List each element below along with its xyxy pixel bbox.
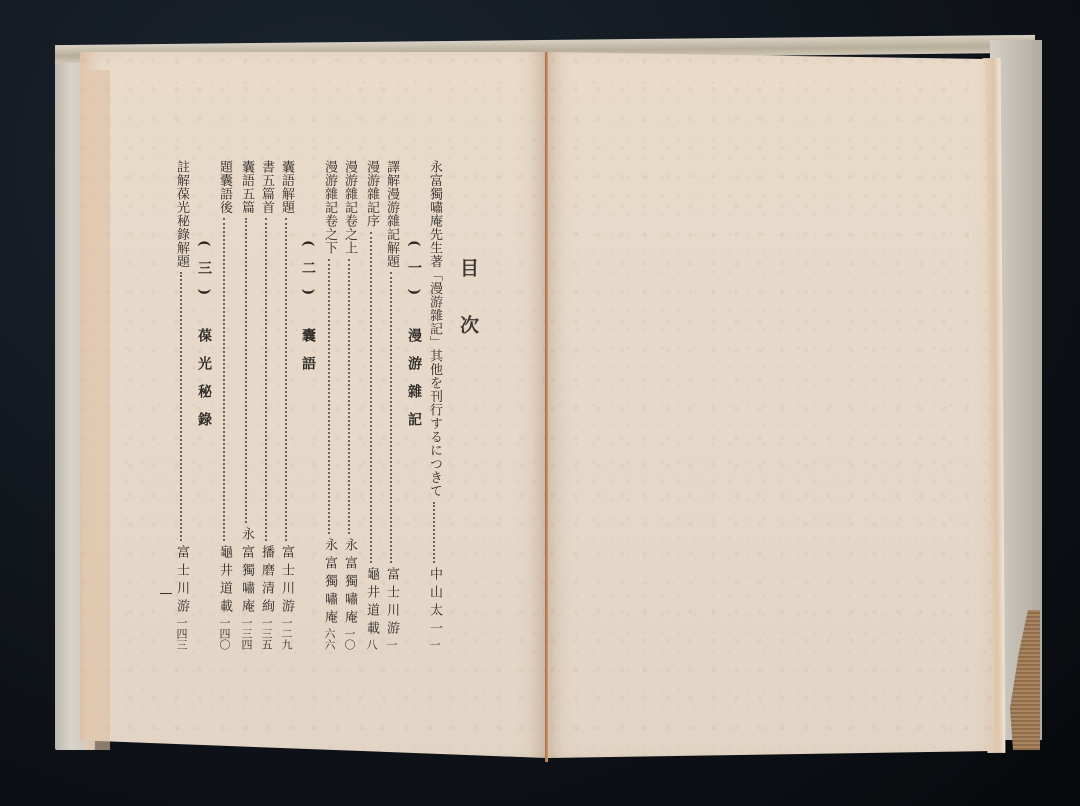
entry-page: 一四三 <box>172 617 190 650</box>
toc-entry: 題囊語後 龜井道載 一四〇 <box>215 160 233 650</box>
toc-entry: 註解葆光秘錄解題 富士川游 一四三 <box>172 160 190 650</box>
section-heading: (二) 囊語 <box>298 240 318 384</box>
entry-author: 永富獨嘯庵 <box>340 538 358 628</box>
entry-page: 六六 <box>320 628 338 650</box>
entry-page: 一四〇 <box>215 617 233 650</box>
entry-author: 龜井道載 <box>362 567 380 639</box>
entry-title: 註解葆光秘錄解題 <box>172 160 190 268</box>
entry-title: 囊語五篇 <box>237 160 255 214</box>
right-page-blank <box>548 52 994 758</box>
dot-leader <box>370 232 372 564</box>
entry-page: 一 <box>425 639 443 650</box>
entry-page: 一二九 <box>277 617 295 650</box>
toc-entry: 囊語解題 富士川游 一二九 <box>277 160 295 650</box>
dot-leader <box>265 218 267 541</box>
table-of-contents: 永富獨嘯庵先生著「漫游雜記」其他を刊行するにつきて 中山太一 一 (一) 漫游雜… <box>150 160 460 660</box>
entry-title: 漫游雜記卷之上 <box>340 160 358 255</box>
dot-leader <box>390 272 392 563</box>
entry-author: 富士川游 <box>382 567 400 639</box>
entry-title: 題囊語後 <box>215 160 233 214</box>
dot-leader <box>348 259 350 535</box>
entry-author: 富士川游 <box>172 545 190 617</box>
entry-page: 一三五 <box>257 617 275 650</box>
entry-title: 永富獨嘯庵先生著「漫游雜記」其他を刊行するにつきて <box>425 160 443 498</box>
entry-title: 譯解漫游雜記解題 <box>382 160 400 268</box>
entry-author: 永富獨嘯庵 <box>237 527 255 617</box>
dot-leader <box>433 502 435 564</box>
dot-leader <box>285 218 287 541</box>
entry-author: 龜井道載 <box>215 545 233 617</box>
dot-leader <box>328 259 330 535</box>
entry-page: 一 <box>382 639 400 650</box>
toc-entry: 漫游雜記序 龜井道載 八 <box>362 160 380 650</box>
toc-entry: 漫游雜記卷之下 永富獨嘯庵 六六 <box>320 160 338 650</box>
toc-entry: 囊語五篇 永富獨嘯庵 一三四 <box>237 160 255 650</box>
section-heading: (一) 漫游雜記 <box>404 240 424 440</box>
entry-author: 永富獨嘯庵 <box>320 538 338 628</box>
section-heading: (三) 葆光秘錄 <box>194 240 214 440</box>
dot-leader <box>245 218 247 523</box>
entry-title: 漫游雜記序 <box>362 160 380 228</box>
entry-title: 漫游雜記卷之下 <box>320 160 338 255</box>
entry-title: 囊語解題 <box>277 160 295 214</box>
entry-page: 一〇 <box>340 628 358 650</box>
entry-author: 富士川游 <box>277 545 295 617</box>
dot-leader <box>180 272 182 541</box>
left-page-inner-edge <box>84 70 110 750</box>
entry-title: 書五篇首 <box>257 160 275 214</box>
page-folio-mark <box>160 593 172 594</box>
toc-entry: 書五篇首 播磨清絢 一三五 <box>257 160 275 650</box>
toc-entry: 漫游雜記卷之上 永富獨嘯庵 一〇 <box>340 160 358 650</box>
book-gutter <box>545 52 548 762</box>
entry-author: 中山太一 <box>425 567 443 639</box>
entry-page: 八 <box>362 639 380 650</box>
entry-author: 播磨清絢 <box>257 545 275 617</box>
dot-leader <box>223 218 225 541</box>
entry-page: 一三四 <box>237 617 255 650</box>
toc-entry: 譯解漫游雜記解題 富士川游 一 <box>382 160 400 650</box>
toc-entry: 永富獨嘯庵先生著「漫游雜記」其他を刊行するにつきて 中山太一 一 <box>425 160 443 650</box>
